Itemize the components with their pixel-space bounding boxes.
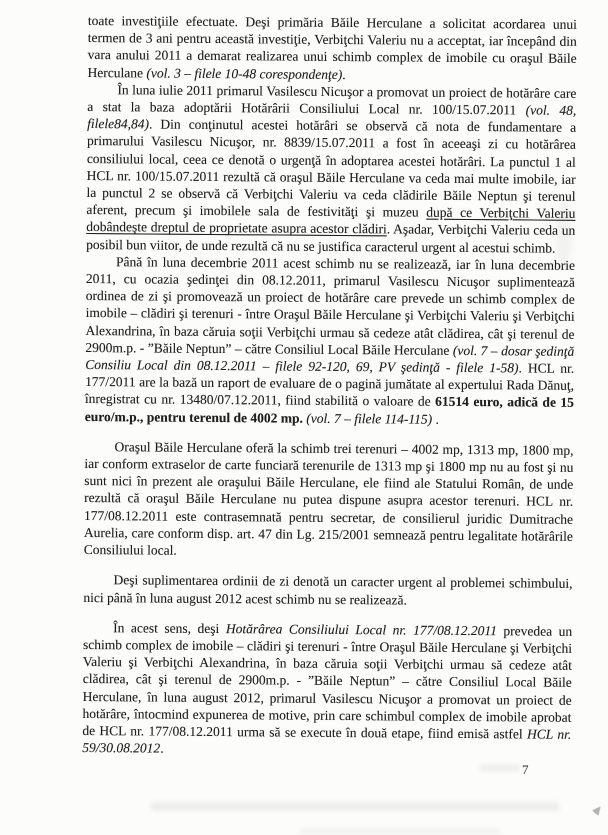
text-segment: prevedea un schimb complex de imobile – …	[82, 623, 572, 741]
paragraph-4: Oraşul Băile Herculane oferă la schimb t…	[84, 438, 574, 562]
scan-smudge	[592, 806, 601, 816]
scan-smudge	[150, 802, 560, 811]
document-page: toate investiţiile efectuate. Deşi primă…	[0, 0, 608, 835]
text-segment: Deşi suplimentarea ordinii de zi denotă …	[83, 573, 572, 608]
citation-volume-reference: (vol. 3 – filele 10-48 corespondenţe)	[146, 65, 342, 82]
scan-smudge	[480, 764, 520, 772]
text-segment: .	[160, 741, 163, 756]
text-segment: Oraşul Băile Herculane oferă la schimb t…	[84, 439, 574, 558]
text-segment: În luna iulie 2011 primarul Vasilescu Ni…	[87, 82, 576, 117]
document-text: toate investiţiile efectuate. Deşi primă…	[82, 12, 577, 760]
cited-decision-title: Hotărârea Consiliului Local nr. 177/08.1…	[226, 621, 497, 638]
page-number: 7	[522, 762, 529, 778]
paragraph-1: toate investiţiile efectuate. Deşi primă…	[87, 12, 577, 85]
text-segment: .	[432, 411, 439, 426]
text-segment: În acest sens, deşi	[113, 620, 226, 636]
paragraph-5: Deşi suplimentarea ordinii de zi denotă …	[83, 571, 572, 609]
paragraph-3: Până în luna decembrie 2011 acest schimb…	[85, 253, 575, 429]
scan-smudge	[300, 828, 500, 834]
citation-volume-reference: (vol. 7 – filele 114-115)	[303, 410, 432, 426]
text-segment: .	[342, 67, 345, 82]
paragraph-6: În acest sens, deşi Hotărârea Consiliulu…	[82, 619, 572, 760]
paragraph-2: În luna iulie 2011 primarul Vasilescu Ni…	[86, 81, 576, 257]
